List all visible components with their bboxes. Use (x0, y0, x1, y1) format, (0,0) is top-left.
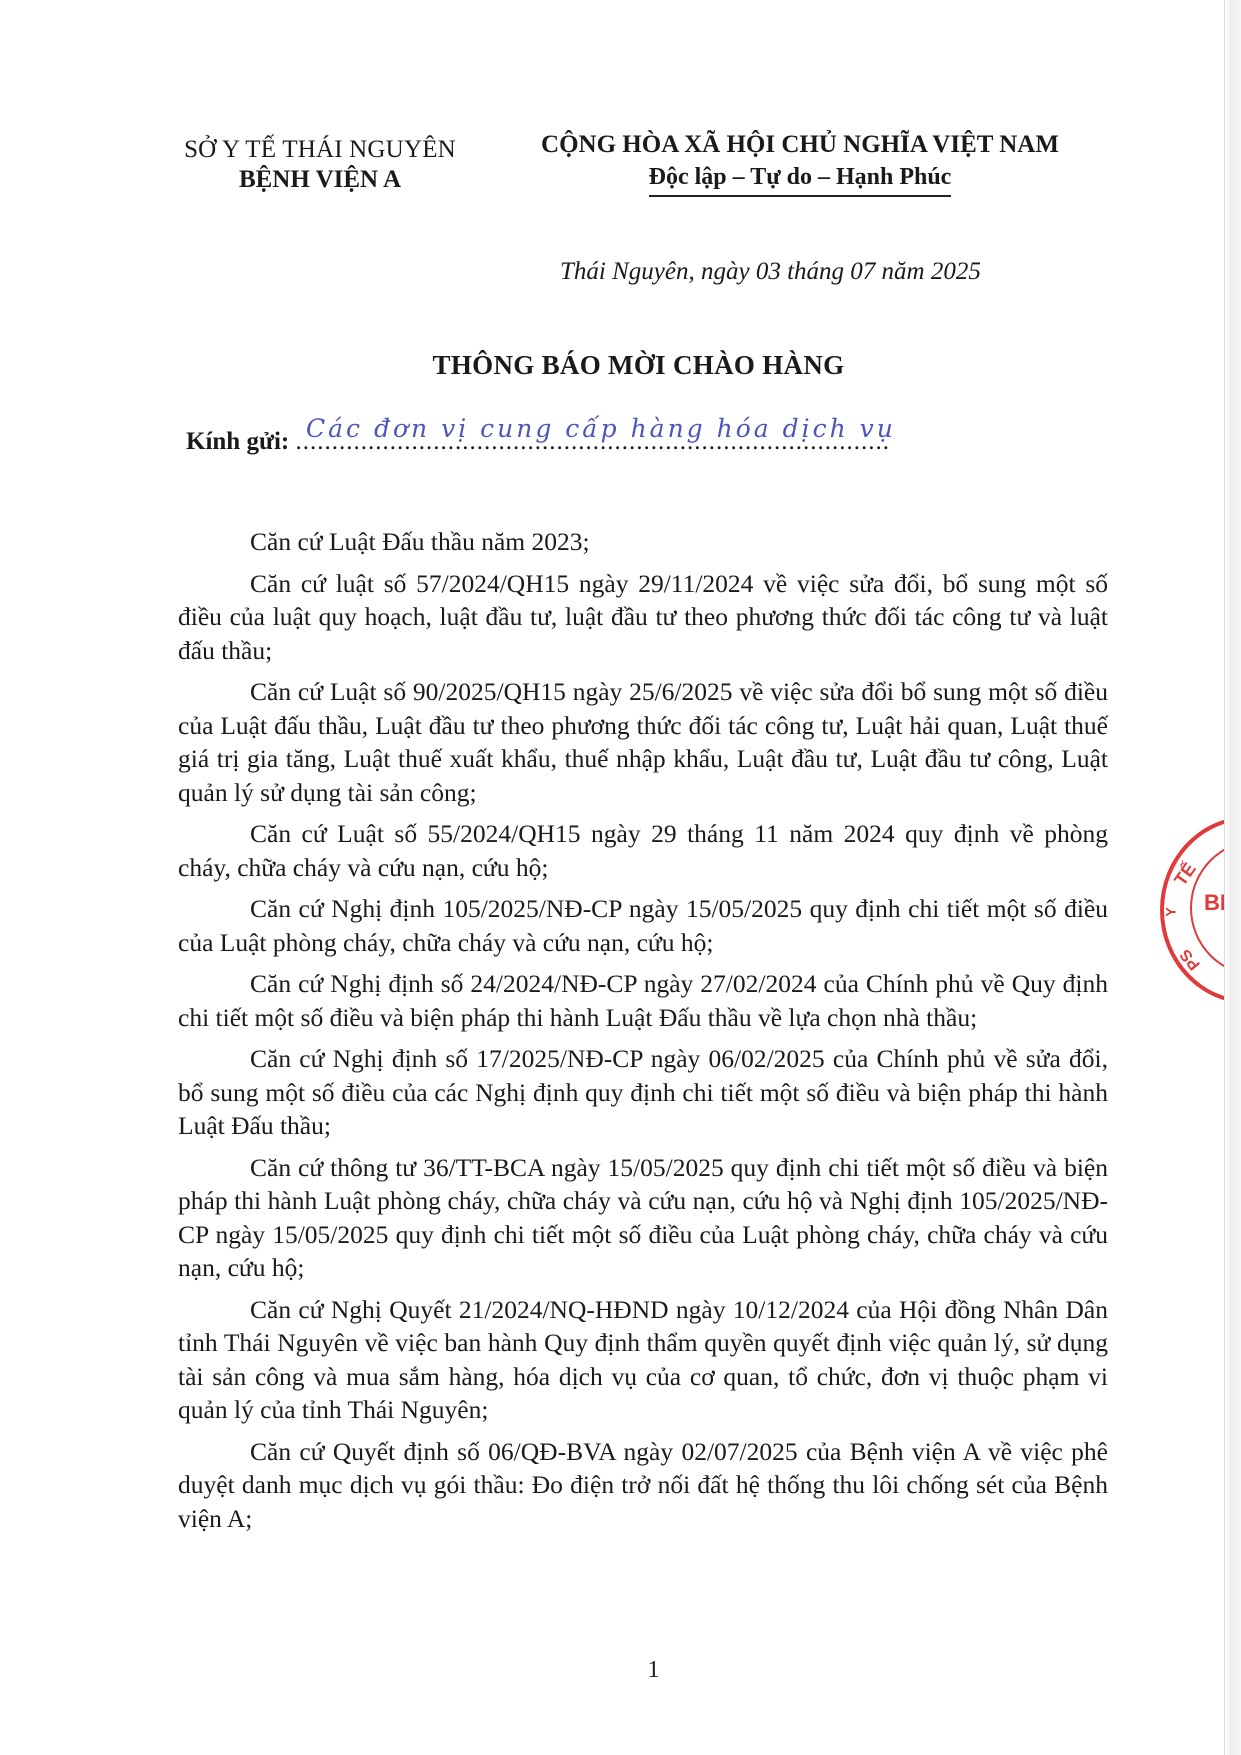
stamp-text-y: Y (1163, 907, 1179, 916)
legal-basis-paragraph: Căn cứ Nghị định số 24/2024/NĐ-CP ngày 2… (178, 967, 1108, 1034)
legal-basis-paragraph: Căn cứ Luật số 55/2024/QH15 ngày 29 thán… (178, 817, 1108, 884)
salutation-label: Kính gửi: (186, 428, 289, 455)
legal-basis-paragraph: Căn cứ luật số 57/2024/QH15 ngày 29/11/2… (178, 567, 1108, 668)
legal-basis-paragraph: Căn cứ Nghị định số 17/2025/NĐ-CP ngày 0… (178, 1042, 1108, 1143)
document-title: THÔNG BÁO MỜI CHÀO HÀNG (0, 350, 1241, 381)
legal-basis-paragraph: Căn cứ Nghị Quyết 21/2024/NQ-HĐND ngày 1… (178, 1293, 1108, 1427)
legal-basis-paragraph: Căn cứ Luật số 90/2025/QH15 ngày 25/6/20… (178, 675, 1108, 809)
parent-organization: SỞ Y TẾ THÁI NGUYÊN (170, 135, 470, 165)
legal-basis-paragraph: Căn cứ Quyết định số 06/QĐ-BVA ngày 02/0… (178, 1435, 1108, 1536)
national-motto: Độc lập – Tự do – Hạnh Phúc (649, 161, 952, 197)
legal-basis-paragraph: Căn cứ thông tư 36/TT-BCA ngày 15/05/202… (178, 1151, 1108, 1285)
country-name: CỘNG HÒA XÃ HỘI CHỦ NGHĨA VIỆT NAM (505, 129, 1095, 161)
page-number: 1 (0, 1657, 1241, 1684)
handwritten-recipient: Các đơn vị cung cấp hàng hóa dịch vụ (306, 414, 896, 443)
scan-page-edge (1224, 0, 1241, 1755)
stamp-text-bi: BI (1204, 890, 1225, 916)
legal-basis-paragraph: Căn cứ Luật Đấu thầu năm 2023; (178, 525, 1108, 559)
issuing-unit: BỆNH VIỆN A (170, 165, 470, 195)
document-page: SỞ Y TẾ THÁI NGUYÊN BỆNH VIỆN A CỘNG HÒA… (0, 0, 1241, 1755)
place-date-line: Thái Nguyên, ngày 03 tháng 07 năm 2025 (560, 258, 1120, 286)
red-seal-stamp: TẾ Y BI PS (1100, 780, 1225, 1010)
salutation-line: Kính gửi: ..............................… (186, 428, 1106, 456)
national-heading-block: CỘNG HÒA XÃ HỘI CHỦ NGHĨA VIỆT NAM Độc l… (505, 129, 1095, 197)
document-body: Căn cứ Luật Đấu thầu năm 2023; Căn cứ lu… (178, 525, 1108, 1543)
issuing-agency-block: SỞ Y TẾ THÁI NGUYÊN BỆNH VIỆN A (170, 135, 470, 195)
legal-basis-paragraph: Căn cứ Nghị định 105/2025/NĐ-CP ngày 15/… (178, 892, 1108, 959)
